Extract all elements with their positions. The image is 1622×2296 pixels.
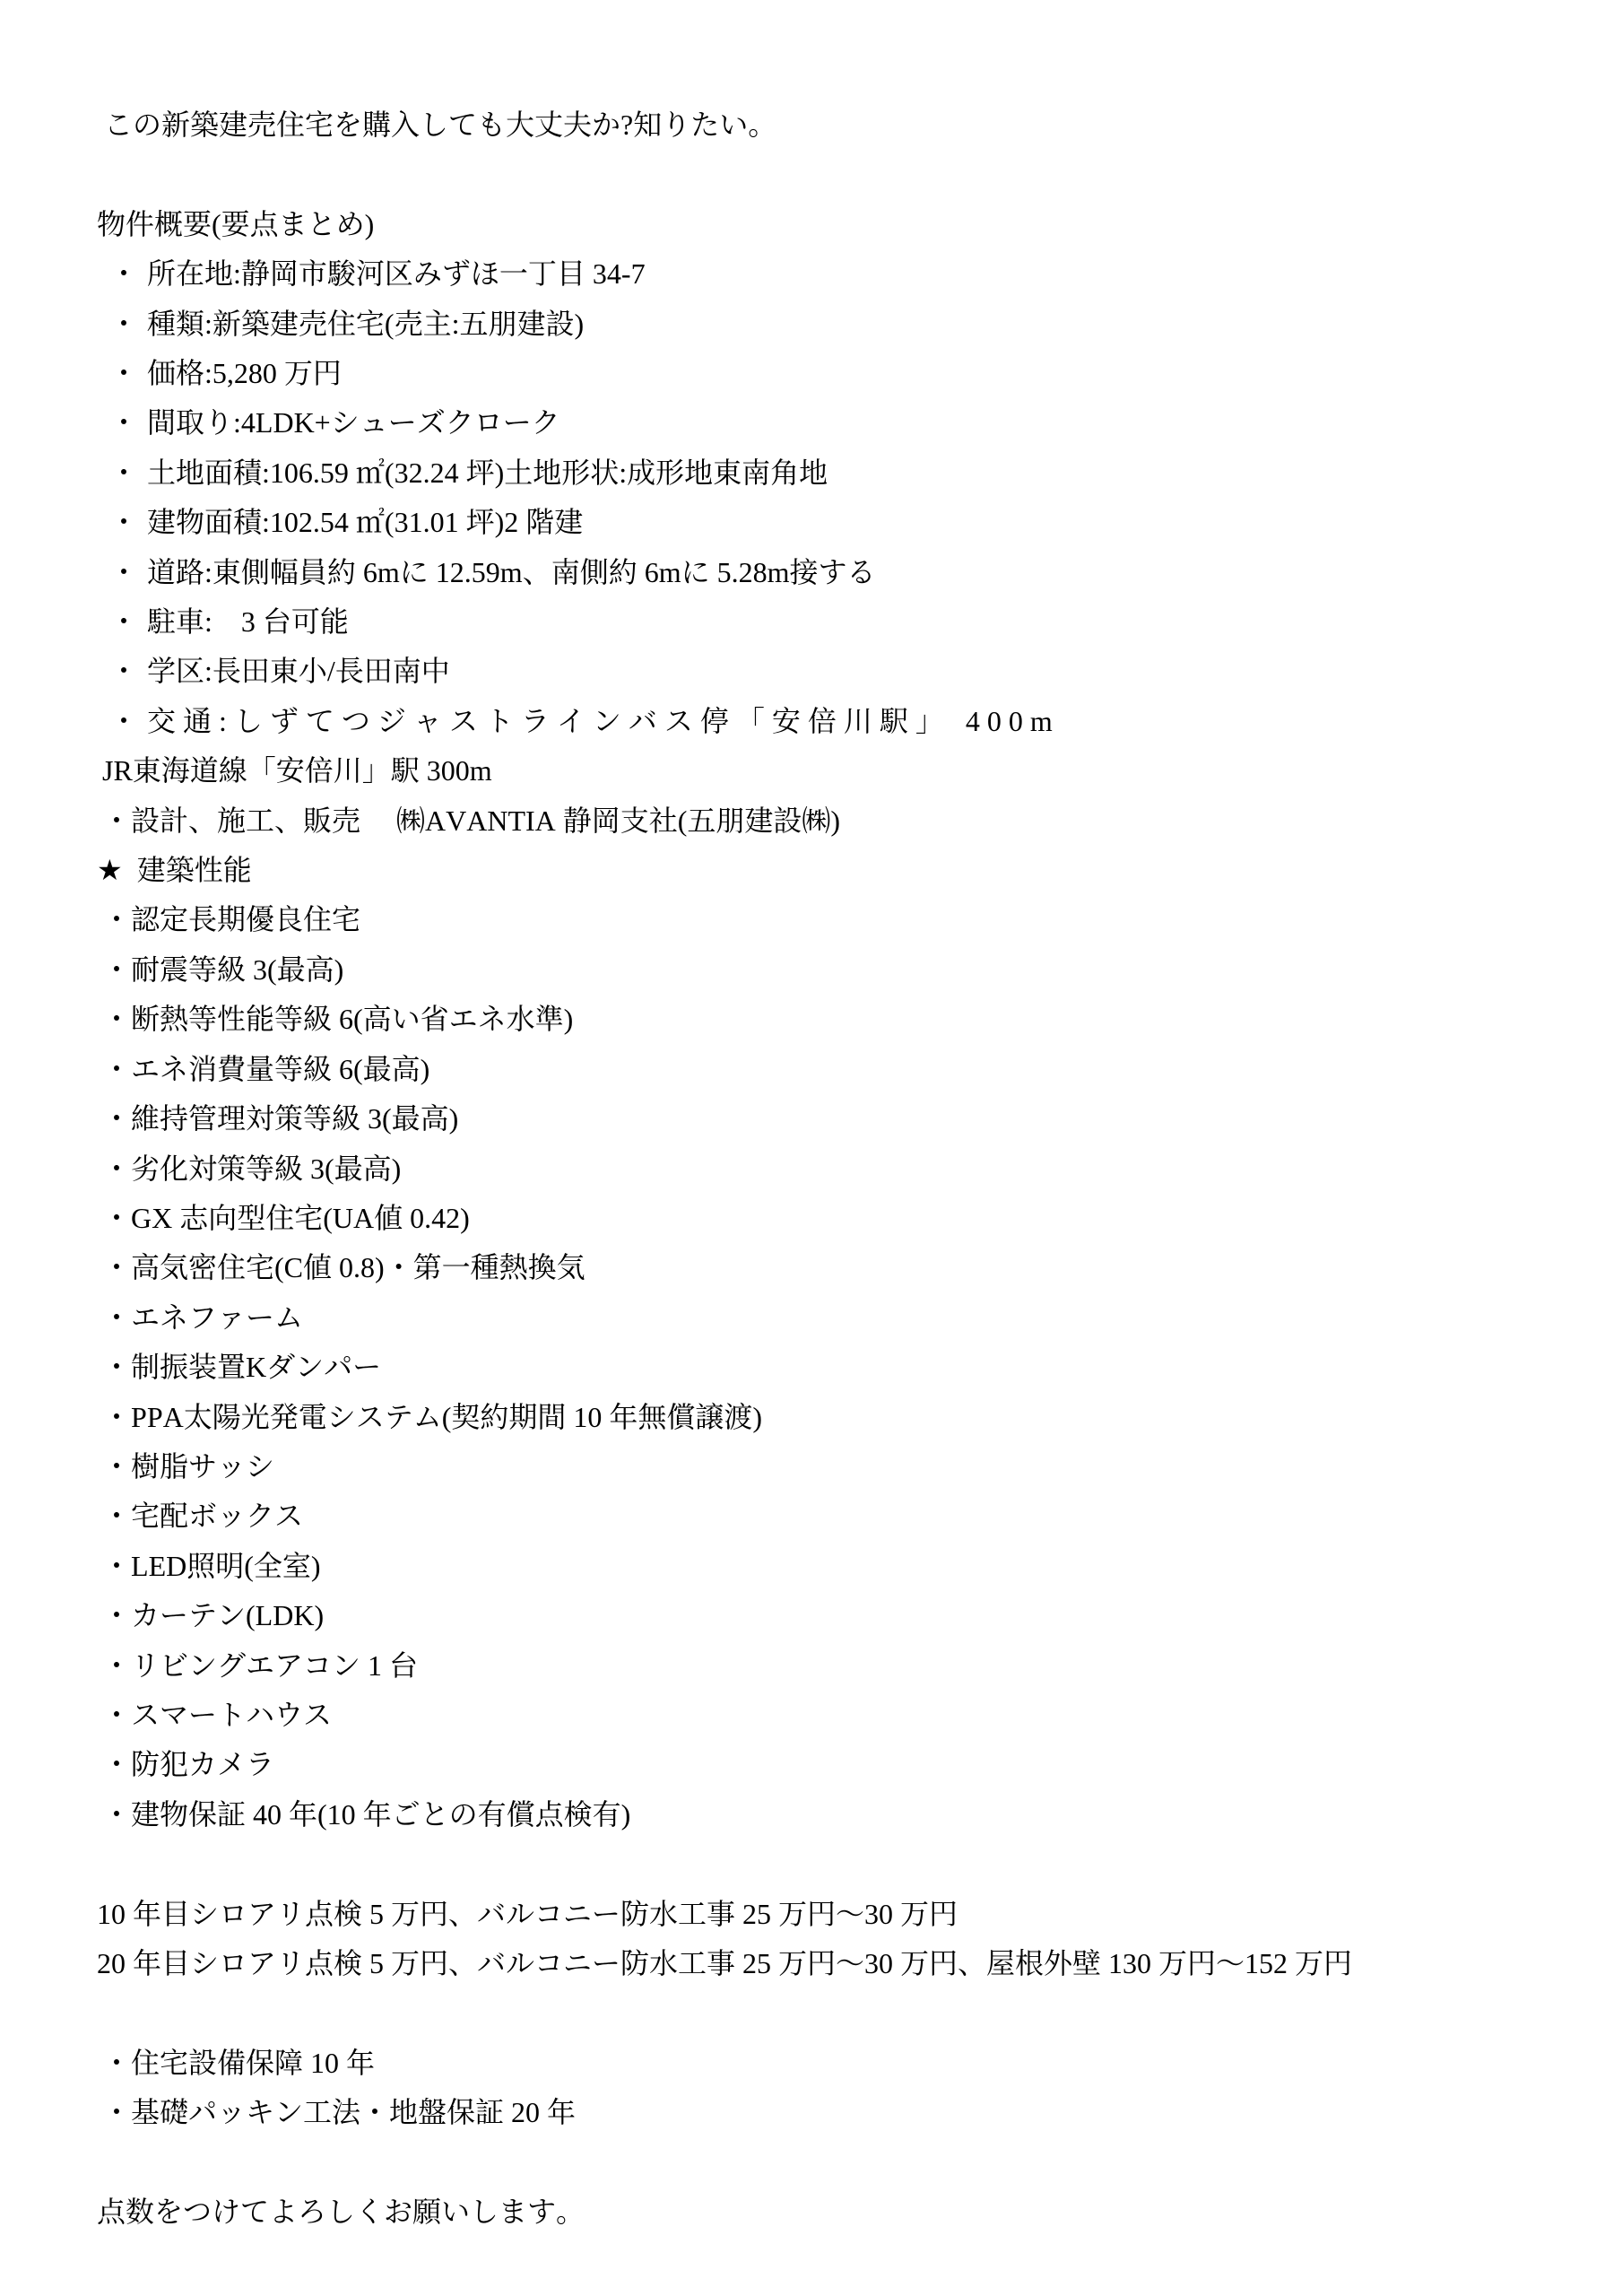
maintenance-cost-line: 20 年目シロアリ点検 5 万円、バルコニー防水工事 25 万円〜30 万円、屋… [97, 1939, 1577, 1988]
overview-item: ・設計、施工、販売 ㈱AVANTIA 静岡支社(五朋建設㈱) [97, 796, 1577, 846]
bullet-icon: ・ [109, 605, 138, 638]
bullet-icon: ・ [102, 903, 131, 935]
overview-item: ・所在地:静岡市駿河区みずほ一丁目 34-7 [97, 249, 1577, 299]
bullet-icon: ・ [102, 1550, 131, 1582]
intro-question: この新築建売住宅を購入しても大丈夫か?知りたい。 [97, 100, 1577, 150]
bullet-icon: ・ [102, 1351, 131, 1383]
warranty-item-text: 基礎パッキン工法・地盤保証 20 年 [131, 2096, 576, 2128]
performance-item: ・耐震等級 3(最高) [97, 945, 1577, 995]
overview-item: ・建物面積:102.54 ㎡(31.01 坪)2 階建 [97, 498, 1577, 547]
performance-item-text: 樹脂サッシ [131, 1450, 274, 1483]
performance-item-text: 高気密住宅(C値 0.8)・第一種熱換気 [131, 1251, 585, 1283]
overview-heading: 物件概要(要点まとめ) [97, 200, 1577, 249]
overview-item-text: 種類:新築建売住宅(売主:五朋建設) [147, 308, 584, 340]
performance-item-text: PPA太陽光発電システム(契約期間 10 年無償譲渡) [131, 1401, 762, 1433]
performance-item: ・樹脂サッシ [97, 1442, 1577, 1492]
bullet-icon: ・ [102, 1599, 131, 1631]
bullet-icon: ・ [109, 457, 138, 489]
bullet-icon: ・ [102, 2047, 131, 2079]
maintenance-cost-line: 10 年目シロアリ点検 5 万円、バルコニー防水工事 25 万円〜30 万円 [97, 1890, 1577, 1939]
performance-item-text: スマートハウス [131, 1699, 332, 1731]
bullet-icon: ・ [102, 1798, 131, 1831]
bullet-icon: ・ [102, 1003, 131, 1035]
warranty-item: ・住宅設備保障 10 年 [97, 2039, 1577, 2088]
warranty-item-text: 住宅設備保障 10 年 [131, 2047, 375, 2079]
bullet-icon: ・ [102, 1500, 131, 1532]
overview-item: ・道路:東側幅員約 6mに 12.59m、南側約 6mに 5.28m接する [97, 548, 1577, 597]
performance-item-text: GX 志向型住宅(UA値 0.42) [131, 1202, 470, 1234]
performance-item: ・防犯カメラ [97, 1740, 1577, 1789]
overview-item: ・駐車: 3 台可能 [97, 597, 1577, 647]
overview-item: ・土地面積:106.59 ㎡(32.24 坪)土地形状:成形地東南角地 [97, 448, 1577, 498]
performance-item-text: 断熱等性能等級 6(高い省エネ水準) [131, 1003, 573, 1035]
overview-item-text: 所在地:静岡市駿河区みずほ一丁目 34-7 [147, 257, 646, 290]
overview-item: ・間取り:4LDK+シューズクローク [97, 398, 1577, 448]
performance-item: ・認定長期優良住宅 [97, 895, 1577, 944]
performance-item: ・エネファーム [97, 1293, 1577, 1343]
overview-item-text: 設計、施工、販売 ㈱AVANTIA 静岡支社(五朋建設㈱) [131, 804, 840, 837]
bullet-icon: ・ [102, 1301, 131, 1334]
performance-item: ・宅配ボックス [97, 1492, 1577, 1541]
blank-line [97, 150, 1577, 199]
overview-item: ・交通:しずてつジャストラインバス停「安倍川駅」 400m [97, 697, 1577, 746]
overview-item-text: 道路:東側幅員約 6mに 12.59m、南側約 6mに 5.28m接する [147, 556, 875, 588]
bullet-icon: ・ [102, 1053, 131, 1085]
overview-item-text: 交通:しずてつジャストラインバス停「安倍川駅」 400m [147, 705, 1060, 737]
performance-item: ・建物保証 40 年(10 年ごとの有償点検有) [97, 1790, 1577, 1839]
performance-item-text: 維持管理対策等級 3(最高) [131, 1102, 458, 1135]
performance-item-text: 制振装置Kダンパー [131, 1351, 381, 1383]
performance-item-text: 宅配ボックス [131, 1500, 303, 1532]
bullet-icon: ・ [109, 556, 138, 588]
overview-item-text: 間取り:4LDK+シューズクローク [147, 406, 560, 439]
bullet-icon: ・ [109, 655, 138, 687]
performance-item-text: リビングエアコン 1 台 [131, 1649, 418, 1682]
bullet-icon: ・ [102, 953, 131, 986]
performance-item: ・LED照明(全室) [97, 1542, 1577, 1591]
performance-item: ・リビングエアコン 1 台 [97, 1641, 1577, 1691]
performance-item-text: カーテン(LDK) [131, 1599, 324, 1631]
overview-item-continuation: JR東海道線「安倍川」駅 300m [97, 746, 1577, 796]
bullet-icon: ・ [102, 1748, 131, 1780]
blank-line [97, 1839, 1577, 1889]
bullet-icon: ・ [102, 1401, 131, 1433]
performance-item-text: 劣化対策等級 3(最高) [131, 1152, 401, 1185]
bullet-icon: ・ [102, 1699, 131, 1731]
blank-line [97, 1988, 1577, 2038]
performance-item: ・エネ消費量等級 6(最高) [97, 1045, 1577, 1094]
performance-item: ・カーテン(LDK) [97, 1591, 1577, 1640]
performance-item-text: 認定長期優良住宅 [131, 903, 360, 935]
performance-item: ・高気密住宅(C値 0.8)・第一種熱換気 [97, 1243, 1577, 1292]
performance-item-text: LED照明(全室) [131, 1550, 321, 1582]
bullet-icon: ・ [102, 1251, 131, 1283]
performance-item: ・スマートハウス [97, 1691, 1577, 1740]
performance-heading: ★建築性能 [97, 846, 1577, 895]
bullet-icon: ・ [109, 257, 138, 290]
overview-item: ・学区:長田東小/長田南中 [97, 647, 1577, 696]
overview-item-text: 建物面積:102.54 ㎡(31.01 坪)2 階建 [147, 506, 583, 538]
overview-item-text: 土地面積:106.59 ㎡(32.24 坪)土地形状:成形地東南角地 [147, 457, 828, 489]
bullet-icon: ・ [102, 1102, 131, 1135]
performance-item: ・GX 志向型住宅(UA値 0.42) [97, 1194, 1577, 1243]
bullet-icon: ・ [102, 804, 131, 837]
bullet-icon: ・ [109, 506, 138, 538]
performance-item: ・劣化対策等級 3(最高) [97, 1144, 1577, 1194]
bullet-icon: ・ [109, 406, 138, 439]
bullet-icon: ・ [109, 308, 138, 340]
closing-line: 点数をつけてよろしくお願いします。 [97, 2187, 1577, 2237]
performance-item: ・断熱等性能等級 6(高い省エネ水準) [97, 995, 1577, 1044]
overview-item: ・種類:新築建売住宅(売主:五朋建設) [97, 300, 1577, 349]
bullet-icon: ・ [102, 1152, 131, 1185]
bullet-icon: ・ [109, 357, 138, 389]
warranty-item: ・基礎パッキン工法・地盤保証 20 年 [97, 2088, 1577, 2137]
performance-item-text: 建物保証 40 年(10 年ごとの有償点検有) [131, 1798, 630, 1831]
bullet-icon: ・ [102, 2096, 131, 2128]
bullet-icon: ・ [102, 1202, 131, 1234]
performance-item: ・維持管理対策等級 3(最高) [97, 1094, 1577, 1144]
performance-item-text: 防犯カメラ [131, 1748, 274, 1780]
blank-line [97, 2138, 1577, 2187]
performance-item-text: 耐震等級 3(最高) [131, 953, 343, 986]
overview-item: ・価格:5,280 万円 [97, 349, 1577, 398]
performance-item-text: エネファーム [131, 1301, 303, 1334]
document-page: この新築建売住宅を購入しても大丈夫か?知りたい。 物件概要(要点まとめ) ・所在… [0, 0, 1622, 2296]
performance-item: ・制振装置Kダンパー [97, 1343, 1577, 1392]
bullet-icon: ・ [102, 1450, 131, 1483]
bullet-icon: ・ [109, 705, 138, 737]
performance-item-text: エネ消費量等級 6(最高) [131, 1053, 429, 1085]
overview-item-text: 価格:5,280 万円 [147, 357, 342, 389]
overview-item-text: 学区:長田東小/長田南中 [147, 655, 450, 687]
performance-heading-text: 建築性能 [137, 854, 252, 886]
star-icon: ★ [97, 854, 123, 886]
overview-item-text: 駐車: 3 台可能 [147, 605, 349, 638]
bullet-icon: ・ [102, 1649, 131, 1682]
performance-item: ・PPA太陽光発電システム(契約期間 10 年無償譲渡) [97, 1393, 1577, 1442]
